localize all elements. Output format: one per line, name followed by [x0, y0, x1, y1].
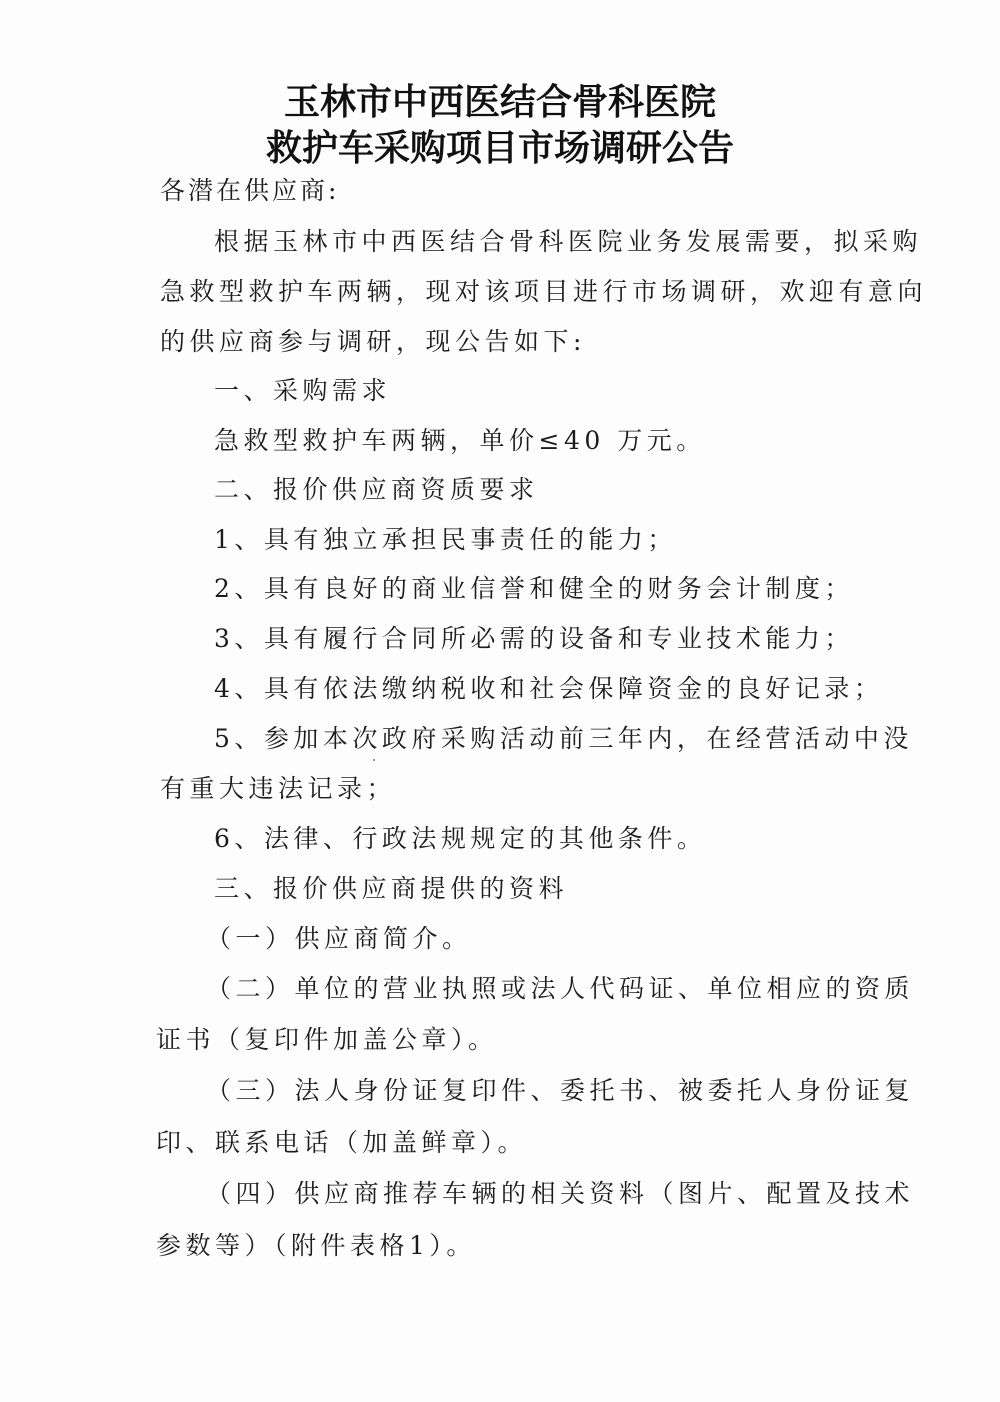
section-2-item-3: 3、具有履行合同所必需的设备和专业技术能力； — [214, 624, 854, 654]
section-2-item-2: 2、具有良好的商业信誉和健全的财务会计制度； — [214, 574, 854, 604]
section-2-heading: 二、报价供应商资质要求 — [214, 475, 539, 505]
section-2-item-5: 5、参加本次政府采购活动前三年内，在经营活动中没 — [214, 724, 913, 754]
section-1-heading: 一、采购需求 — [214, 376, 391, 406]
section-3-item-1: （一）供应商简介。 — [206, 924, 472, 954]
section-3-heading: 三、报价供应商提供的资料 — [214, 874, 568, 904]
section-2-item-6: 6、法律、行政法规规定的其他条件。 — [214, 824, 706, 854]
intro-line-1: 根据玉林市中西医结合骨科医院业务发展需要，拟采购 — [214, 227, 922, 257]
section-2-item-5-cont: 有重大违法记录； — [160, 774, 396, 804]
section-3-item-4-cont: 参数等）（附件表格1）。 — [156, 1231, 476, 1261]
section-3-item-2: （二）单位的营业执照或法人代码证、单位相应的资质 — [206, 974, 914, 1004]
intro-line-2: 急救型救护车两辆，现对该项目进行市场调研，欢迎有意向 — [160, 277, 927, 307]
document-title-line2: 救护车采购项目市场调研公告 — [0, 120, 1000, 171]
section-1-content: 急救型救护车两辆，单价≤40 万元。 — [214, 426, 706, 456]
section-3-item-4: （四）供应商推荐车辆的相关资料（图片、配置及技术 — [206, 1179, 914, 1209]
section-3-item-3: （三）法人身份证复印件、委托书、被委托人身份证复 — [206, 1076, 914, 1106]
section-2-item-4: 4、具有依法缴纳税收和社会保障资金的良好记录； — [214, 674, 883, 704]
document-page: 玉林市中西医结合骨科医院 救护车采购项目市场调研公告 各潜在供应商: 根据玉林市… — [0, 0, 1000, 1402]
intro-line-3: 的供应商参与调研，现公告如下: — [160, 327, 586, 357]
section-2-item-1: 1、具有独立承担民事责任的能力； — [214, 525, 677, 555]
document-title-line1: 玉林市中西医结合骨科医院 — [0, 74, 1000, 125]
section-3-item-2-cont: 证书（复印件加盖公章）。 — [156, 1025, 498, 1055]
salutation: 各潜在供应商: — [160, 176, 339, 206]
section-3-item-3-cont: 印、联系电话（加盖鲜章）。 — [156, 1128, 527, 1158]
scan-speck — [373, 759, 375, 761]
